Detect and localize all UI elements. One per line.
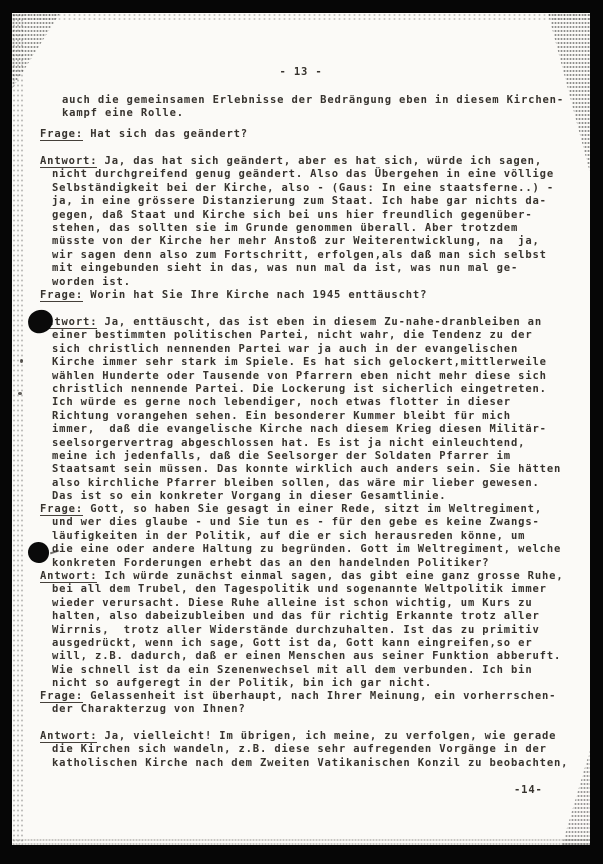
text-line: worden ist. (52, 276, 586, 289)
paragraph-continuation: auch die gemeinsamen Erlebnisse der Bedr… (40, 94, 586, 121)
text-line: Richtung vorangehen sehen. Ein besondere… (52, 410, 586, 423)
text-line: Antwort: Ja, enttäuscht, das ist eben in… (40, 316, 586, 329)
text-run: Hat sich das geändert? (83, 128, 248, 140)
text-line: Frage: Hat sich das geändert? (40, 128, 586, 141)
question-block-2: Frage: Worin hat Sie Ihre Kirche nach 19… (40, 289, 586, 302)
text-line: Frage: Gott, so haben Sie gesagt in eine… (40, 503, 586, 516)
scan-speck (18, 392, 22, 395)
answer-label: Antwort: (40, 570, 97, 583)
question-label: Frage: (40, 128, 83, 141)
scan-noise (12, 13, 590, 22)
text-line: kampf eine Rolle. (62, 107, 586, 120)
text-line: meine ich jedenfalls, daß die Seelsorger… (52, 450, 586, 463)
text-line: seelsorgervertrag abgeschlossen hat. Es … (52, 437, 586, 450)
question-block-3: Frage: Gott, so haben Sie gesagt in eine… (40, 503, 586, 570)
text-run: Ja, vielleicht! Im übrigen, ich meine, z… (97, 730, 556, 742)
answer-block-1: Antwort: Ja, das hat sich geändert, aber… (40, 155, 586, 289)
text-line: Ich würde es gerne noch lebendiger, noch… (52, 396, 586, 409)
question-block-4: Frage: Gelassenheit ist überhaupt, nach … (40, 690, 586, 717)
text-line: konkreten Forderungen erhebt das an den … (52, 557, 586, 570)
page-number-top: - 13 - (12, 66, 590, 79)
text-line: will, z.B. dadurch, daß er einen Mensche… (52, 650, 586, 663)
question-block-1: Frage: Hat sich das geändert? (40, 128, 586, 141)
text-line: nicht durchgreifend genug geändert. Also… (52, 168, 586, 181)
text-line: müsste von der Kirche her mehr Anstoß zu… (52, 235, 586, 248)
text-line: wir sagen denn also zum Fortschritt, erf… (52, 249, 586, 262)
question-label: Frage: (40, 690, 83, 703)
text-line: Kirche immer sehr stark im Spiele. Es ha… (52, 356, 586, 369)
text-line: halten, also dabeizubleiben und das für … (52, 610, 586, 623)
scan-noise (12, 13, 24, 845)
text-run: Worin hat Sie Ihre Kirche nach 1945 entt… (83, 289, 427, 301)
text-line: katholischen Kirche nach dem Zweiten Vat… (52, 757, 586, 770)
text-line: Selbständigkeit bei der Kirche, also - (… (52, 182, 586, 195)
text-line: Antwort: Ja, das hat sich geändert, aber… (40, 155, 586, 168)
text-line: nicht so aufgeregt in der Politik, bin i… (52, 677, 586, 690)
text-run: Gelassenheit ist überhaupt, nach Ihrer M… (83, 690, 556, 702)
page-number-bottom: -14- (514, 784, 543, 797)
text-line: und wer dies glaube - und Sie tun es - f… (52, 516, 586, 529)
text-line: wählen Hunderte oder Tausende von Pfarre… (52, 370, 586, 383)
ink-blot-icon (28, 542, 49, 563)
text-line: Antwort: Ja, vielleicht! Im übrigen, ich… (40, 730, 586, 743)
text-line: also kirchliche Pfarrer bleiben sollen, … (52, 477, 586, 490)
scan-noise (12, 838, 590, 845)
text-line: die Kirchen sich wandeln, z.B. diese seh… (52, 743, 586, 756)
text-run: Ja, das hat sich geändert, aber es hat s… (97, 155, 542, 167)
text-line: die eine oder andere Haltung zu begründe… (52, 543, 586, 556)
text-run: Ja, enttäuscht, das ist eben in diesem Z… (97, 316, 542, 328)
text-line: Staatsamt sein müssen. Das konnte wirkli… (52, 463, 586, 476)
text-line: Wie schnell ist da ein Szenenwechsel mit… (52, 664, 586, 677)
text-line: Frage: Worin hat Sie Ihre Kirche nach 19… (40, 289, 586, 302)
text-line: gegen, daß Staat und Kirche sich bei uns… (52, 209, 586, 222)
scanned-document-screen: - 13 - auch die gemeinsamen Erlebnisse d… (0, 0, 603, 864)
text-line: auch die gemeinsamen Erlebnisse der Bedr… (62, 94, 586, 107)
text-line: stehen, das sollten sie im Grunde genomm… (52, 222, 586, 235)
scanned-page: - 13 - auch die gemeinsamen Erlebnisse d… (12, 13, 590, 845)
answer-block-2: Antwort: Ja, enttäuscht, das ist eben in… (40, 316, 586, 503)
text-line: immer, daß die evangelische Kirche nach … (52, 423, 586, 436)
text-line: wieder verursacht. Diese Ruhe alleine is… (52, 597, 586, 610)
text-line: ausgedrückt, wenn ich sage, Gott ist da,… (52, 637, 586, 650)
text-line: ja, in eine grössere Distanzierung zum S… (52, 195, 586, 208)
scan-speck (20, 359, 23, 363)
answer-label: Antwort: (40, 155, 97, 168)
text-run: Gott, so haben Sie gesagt in einer Rede,… (83, 503, 542, 515)
text-line: mit eingebunden sieht in das, was nun ma… (52, 262, 586, 275)
text-line: bei all dem Trubel, den Tagespolitik und… (52, 583, 586, 596)
text-run: Ich würde zunächst einmal sagen, das gib… (97, 570, 563, 582)
question-label: Frage: (40, 503, 83, 516)
text-line: Wirrnis, trotz aller Widerstände durchzu… (52, 624, 586, 637)
answer-label: Antwort: (40, 730, 97, 743)
text-line: Frage: Gelassenheit ist überhaupt, nach … (40, 690, 586, 703)
text-line: einer bestimmten politischen Partei, nic… (52, 329, 586, 342)
text-line: Antwort: Ich würde zunächst einmal sagen… (40, 570, 586, 583)
text-line: sich christlich nennenden Partei war ja … (52, 343, 586, 356)
answer-block-3: Antwort: Ich würde zunächst einmal sagen… (40, 570, 586, 691)
question-label: Frage: (40, 289, 83, 302)
answer-block-4: Antwort: Ja, vielleicht! Im übrigen, ich… (40, 730, 586, 770)
text-line: läufigkeiten in der Politik, auf die er … (52, 530, 586, 543)
text-line: Das ist so ein konkreter Vorgang in dies… (52, 490, 586, 503)
text-line: der Charakterzug von Ihnen? (52, 703, 586, 716)
text-line: christlich nennende Partei. Die Lockerun… (52, 383, 586, 396)
scan-noise (548, 13, 590, 173)
